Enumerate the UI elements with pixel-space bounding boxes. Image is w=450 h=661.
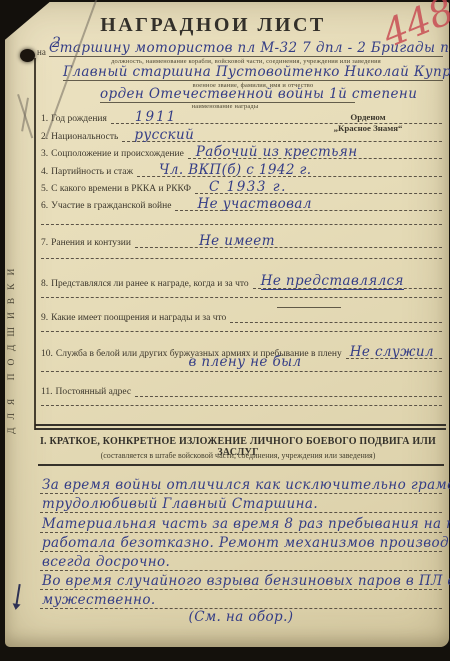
- awarded-order-note: Орденом „Красное Знамя“: [303, 112, 433, 134]
- citation-text: работала безотказно. Ремонт механизмов п…: [42, 535, 450, 551]
- field-number: 8.: [41, 279, 48, 289]
- citation-text: трудолюбивый Главный Старшина.: [42, 496, 318, 512]
- section-heading-rule: [38, 464, 444, 466]
- field-number: 3.: [41, 149, 48, 159]
- field-rule: Не представлялся: [253, 272, 442, 289]
- pen-arrow-mark: [15, 584, 20, 606]
- section-divider-rule: [35, 424, 446, 426]
- citation-line: всегда досрочно.: [40, 551, 442, 571]
- field-value: Рабочий из крестьян: [196, 144, 358, 160]
- citation-text: (См. на обор.): [189, 609, 294, 625]
- field-row-party: 4. Партийность и стаж Чл. ВКП(б) с 1942 …: [41, 161, 442, 177]
- field-value: Не представлялся: [261, 273, 404, 290]
- field-row-civil-war: 6. Участие в гражданской войне Не участв…: [41, 195, 442, 211]
- punch-hole: [20, 49, 35, 62]
- citation-text: мужественно.: [42, 592, 156, 608]
- field-number: 9.: [41, 313, 48, 323]
- field-label: Партийность и стаж: [51, 167, 133, 177]
- award-sheet-page: НАГРАДНОИ ЛИСТ на 2 Старшину мотористов …: [5, 2, 449, 647]
- field-row-address: 11. Постоянный адрес: [41, 381, 442, 397]
- citation-line: Во время случайного взрыва бензиновых па…: [40, 570, 442, 590]
- field-value: русский: [134, 127, 194, 143]
- citation-line: мужественно.: [40, 589, 442, 609]
- section-divider-rule: [35, 428, 446, 430]
- field-rule: Не участвовал: [175, 194, 442, 211]
- citation-line: За время войны отличился как исключитель…: [40, 474, 442, 494]
- awarded-order-note-line1: Орденом: [303, 112, 433, 123]
- field-label: Постоянный адрес: [56, 387, 132, 397]
- margin-rule: [34, 58, 36, 430]
- field-value: Чл. ВКП(б) с 1942 г.: [159, 162, 311, 178]
- citation-text: Во время случайного взрыва бензиновых па…: [42, 573, 450, 589]
- field-value-continued: в плену не был: [125, 354, 365, 370]
- field-rule: Рабочий из крестьян: [188, 142, 442, 159]
- field-rule: С 1933 г.: [195, 177, 442, 194]
- field-label: Участие в гражданской войне: [51, 201, 171, 211]
- field-row-prior-nominations: 8. Представлялся ли ранее к награде, ког…: [41, 273, 442, 289]
- field-label: Соцположение и происхождение: [51, 149, 184, 159]
- award-name-line: орден Отечественной войны 1й степени: [100, 85, 355, 103]
- field-label: Ранения и контузии: [51, 238, 131, 248]
- citation-text: Материальная часть за время 8 раз пребыв…: [42, 516, 450, 532]
- field-value: Не имеет: [199, 233, 275, 249]
- blank-rule: [41, 371, 442, 372]
- awarded-order-note-line2: „Красное Знамя“: [303, 123, 433, 134]
- field-row-commendations: 9. Какие имеет поощрения и награды и за …: [41, 307, 442, 323]
- field-number: 5.: [41, 184, 48, 194]
- field-number: 10.: [41, 349, 53, 359]
- citation-see-reverse: (См. на обор.): [40, 608, 442, 627]
- field-number: 1.: [41, 114, 48, 124]
- field-rule: Не имеет: [135, 231, 442, 248]
- na-label: на: [37, 47, 46, 57]
- binding-margin-text: ДЛЯ ПОДШИВКИ: [7, 192, 17, 434]
- citation-text: всегда досрочно.: [42, 554, 170, 570]
- field-label: Национальность: [51, 132, 118, 142]
- field-number: 4.: [41, 167, 48, 177]
- document-title: НАГРАДНОИ ЛИСТ: [5, 14, 421, 37]
- recipient-name-line: Главный старшина Пустовойтенко Николай К…: [63, 62, 443, 81]
- field-rule: [230, 306, 442, 323]
- field-value: 1911: [135, 109, 177, 125]
- recipient-unit-line: Старшину мотористов пл М-32 7 дпл - 2 Бр…: [49, 38, 443, 57]
- field-label: Год рождения: [51, 114, 107, 124]
- field-row-service-since: 5. С какого времени в РККА и РККФ С 1933…: [41, 178, 442, 194]
- section-subheading: (составляется в штабе войсковой части, с…: [33, 451, 443, 460]
- field-value: С 1933 г.: [209, 179, 287, 195]
- field-label: Какие имеет поощрения и награды и за что: [51, 313, 226, 323]
- blank-rule: [41, 331, 442, 332]
- citation-line: Материальная часть за время 8 раз пребыв…: [40, 513, 442, 533]
- field-rule: [135, 380, 442, 397]
- citation-line: трудолюбивый Главный Старшина.: [40, 493, 442, 513]
- field-row-wounds: 7. Ранения и контузии Не имеет: [41, 232, 442, 248]
- blank-rule: [41, 258, 442, 259]
- field-row-social-origin: 3. Соцположение и происхождение Рабочий …: [41, 143, 442, 159]
- blank-rule: [41, 405, 442, 406]
- field-number: 11.: [41, 387, 53, 397]
- field-label: С какого времени в РККА и РККФ: [51, 184, 191, 194]
- recipient-name-value: Главный старшина Пустовойтенко Николай К…: [63, 64, 450, 80]
- photo-corner-shadow: [0, 0, 52, 44]
- citation-text: За время войны отличился как исключитель…: [42, 477, 450, 493]
- award-name-value: орден Отечественной войны 1й степени: [100, 86, 417, 102]
- citation-line: работала безотказно. Ремонт механизмов п…: [40, 532, 442, 552]
- field-number: 6.: [41, 201, 48, 211]
- field-rule: Чл. ВКП(б) с 1942 г.: [137, 160, 442, 177]
- field-label: Представлялся ли ранее к награде, когда …: [51, 279, 249, 289]
- blank-rule: [41, 297, 442, 298]
- field-value: Не участвовал: [197, 196, 311, 212]
- field-number: 7.: [41, 238, 48, 248]
- blank-rule: [41, 224, 442, 225]
